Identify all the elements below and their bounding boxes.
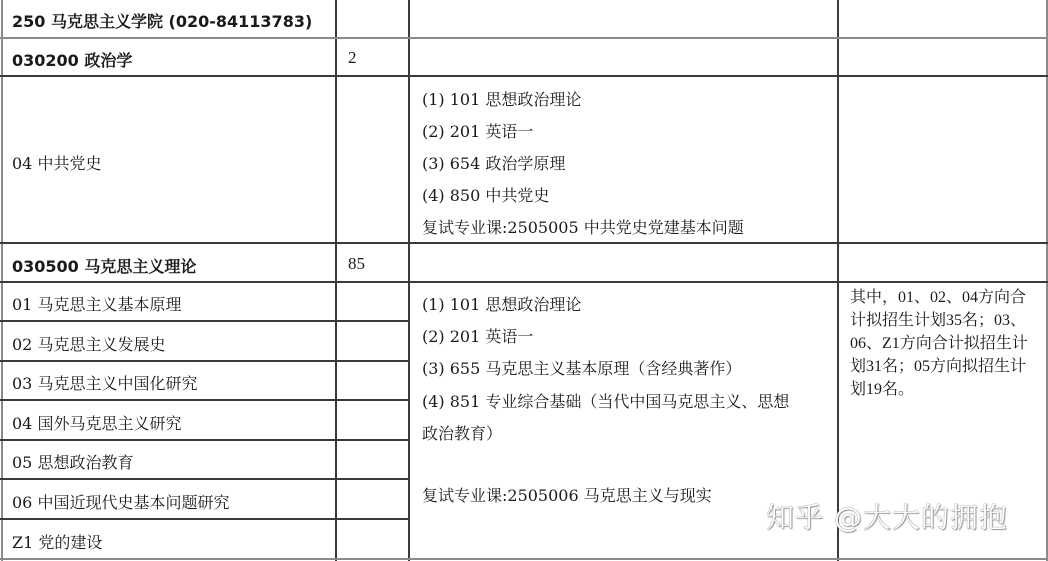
- direction-label: 05 思想政治教育: [12, 453, 133, 473]
- exam-subject: (4) 851 专业综合基础（当代中国马克思主义、思想: [422, 392, 789, 412]
- admission-table: 250 马克思主义学院 (020-84113783) 030200 政治学 2 …: [0, 0, 1048, 561]
- row-divider: [0, 281, 1048, 283]
- exam-subject: (4) 850 中共党史: [422, 186, 549, 206]
- row-divider: [0, 37, 1048, 39]
- table-border-bottom: [0, 558, 1048, 560]
- exam-subject: 政治教育）: [422, 424, 502, 444]
- direction-label: 06 中国近现代史基本问题研究: [12, 493, 229, 513]
- direction-label: 04 国外马克思主义研究: [12, 414, 181, 434]
- exam-subject: (1) 101 思想政治理论: [422, 90, 581, 110]
- direction-label: 03 马克思主义中国化研究: [12, 374, 197, 394]
- exam-subject: (3) 655 马克思主义基本原理（含经典著作）: [422, 359, 741, 379]
- row-divider: [0, 399, 409, 401]
- major-code-name: 030500 马克思主义理论: [12, 257, 196, 277]
- watermark: 知乎 @大大的拥抱: [766, 502, 1008, 534]
- quota-remark: 其中，01、02、04方向合计拟招生计划35名；03、06、Z1方向合计拟招生计…: [850, 286, 1040, 401]
- direction-label: 01 马克思主义基本原理: [12, 295, 181, 315]
- row-divider: [0, 360, 409, 362]
- row-divider: [0, 478, 409, 480]
- row-divider: [0, 75, 1048, 77]
- exam-subject: (2) 201 英语一: [422, 327, 533, 347]
- exam-subject: (2) 201 英语一: [422, 122, 533, 142]
- major-code-name: 030200 政治学: [12, 51, 132, 71]
- major-quota: 85: [348, 254, 365, 274]
- row-divider: [0, 439, 409, 441]
- direction-label: 02 马克思主义发展史: [12, 335, 165, 355]
- direction-label: 04 中共党史: [12, 154, 101, 174]
- major-quota: 2: [348, 48, 357, 68]
- row-divider: [0, 320, 409, 322]
- exam-subject: (3) 654 政治学原理: [422, 154, 565, 174]
- retest-subject: 复试专业课:2505006 马克思主义与现实: [422, 486, 712, 506]
- row-divider: [0, 242, 1048, 244]
- direction-label: Z1 党的建设: [12, 533, 102, 553]
- exam-subject: (1) 101 思想政治理论: [422, 295, 581, 315]
- retest-subject: 复试专业课:2505005 中共党史党建基本问题: [422, 218, 744, 238]
- row-divider: [0, 518, 409, 520]
- college-title: 250 马克思主义学院 (020-84113783): [12, 12, 312, 32]
